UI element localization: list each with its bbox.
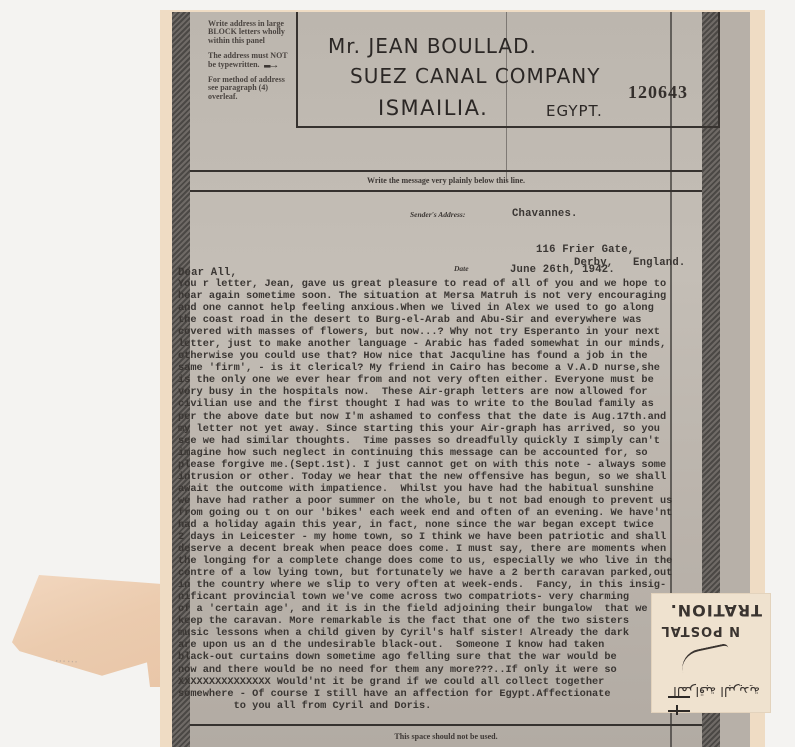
divider bbox=[190, 724, 702, 726]
letter-line: letter, just to make another language - … bbox=[178, 338, 718, 350]
letter-line: the coast road in the desert to Burg-el-… bbox=[178, 314, 718, 326]
letter-line: hear again sometime soon. The situation … bbox=[178, 290, 718, 302]
letter-line: somewhere - Of course I still have an af… bbox=[178, 688, 718, 700]
letter-date: June 26th, 1942. bbox=[510, 264, 615, 276]
address-panel: Mr. JEAN BOULLAD. SUEZ CANAL COMPANY ISM… bbox=[296, 12, 720, 128]
letter-line: of a 'certain age', and it is in the fie… bbox=[178, 603, 718, 615]
letter-line: is the only one we ever hear from and no… bbox=[178, 374, 718, 386]
date-label: Date bbox=[454, 264, 469, 273]
divider bbox=[190, 190, 702, 192]
letter-line: deserve a decent break when peace does c… bbox=[178, 543, 718, 555]
address-country: EGYPT. bbox=[546, 102, 603, 120]
arrow-right-icon: ▬→ bbox=[264, 60, 277, 72]
scrap-faded-text: …… bbox=[55, 651, 80, 665]
sender-address-label: Sender's Address: bbox=[410, 210, 465, 219]
letter-line: covered with masses of flowers, but now.… bbox=[178, 326, 718, 338]
letter-line: from going ou t on our 'bikes' each week… bbox=[178, 507, 718, 519]
instruction-block-letters: Write address in large BLOCK letters who… bbox=[208, 20, 288, 45]
letter-line: please forgive me.(Sept.1st). I just can… bbox=[178, 459, 718, 471]
address-recipient: Mr. JEAN BOULLAD. bbox=[328, 34, 537, 58]
letter-line: in the country where we slip to very oft… bbox=[178, 579, 718, 591]
censor-stamp: TRATION. N POSTAL المراقبة البريدية bbox=[652, 594, 770, 712]
letter-line: centre of a low lying town, but fortunat… bbox=[178, 567, 718, 579]
letter-line: imagine how such neglect in continuing t… bbox=[178, 447, 718, 459]
margin-tick bbox=[668, 710, 690, 712]
letter-line: 2 days in Leicester - my home town, so I… bbox=[178, 531, 718, 543]
divider bbox=[190, 170, 702, 172]
signature-mark bbox=[678, 643, 731, 673]
letter-line: had a holiday again this year, in fact, … bbox=[178, 519, 718, 531]
sender-address-line: Chavannes. bbox=[512, 208, 578, 220]
letter-line: nificant provincial town we've come acro… bbox=[178, 591, 718, 603]
letter-line: await the outcome with impatience. Whils… bbox=[178, 483, 718, 495]
letter-line: very busy in the hospitals now. These Ai… bbox=[178, 386, 718, 398]
letter-line: keep the caravan. More remarkable is the… bbox=[178, 615, 718, 627]
letter-line: intrusion or other. Today we hear that t… bbox=[178, 471, 718, 483]
margin-tick bbox=[668, 696, 690, 698]
footer-label: This space should not be used. bbox=[190, 732, 702, 741]
torn-paper-scrap bbox=[12, 575, 162, 687]
serial-number: 120643 bbox=[628, 82, 688, 103]
address-company: SUEZ CANAL COMPANY bbox=[350, 64, 600, 88]
stamp-text: N POSTAL bbox=[660, 623, 740, 638]
letter-line: same 'firm', - is it clerical? My friend… bbox=[178, 362, 718, 374]
letter-line: my letter not yet away. Since starting t… bbox=[178, 423, 718, 435]
letter-line: see we had similar thoughts. Time passes… bbox=[178, 435, 718, 447]
letter-line: we have had rather a poor summer on the … bbox=[178, 495, 718, 507]
write-below-label: Write the message very plainly below thi… bbox=[190, 176, 702, 185]
letter-line: are upon us an d the undesirable black-o… bbox=[178, 639, 718, 651]
letter-line: otherwise you could use that? How nice t… bbox=[178, 350, 718, 362]
letter-line: per the above date but now I'm ashamed t… bbox=[178, 411, 718, 423]
letter-body: You r letter, Jean, gave us great pleasu… bbox=[178, 278, 718, 712]
letter-line: and one cannot help feeling anxious.When… bbox=[178, 302, 718, 314]
letter-line: music lessons when a child given by Cyri… bbox=[178, 627, 718, 639]
letter-line: civilian use and the first thought I had… bbox=[178, 398, 718, 410]
letter-line: now and there would be no need for them … bbox=[178, 664, 718, 676]
sender-address-line: 116 Frier Gate, bbox=[536, 244, 634, 256]
address-city: ISMAILIA. bbox=[378, 96, 488, 120]
letter-line: to you all from Cyril and Doris. bbox=[178, 700, 718, 712]
letter-line: the longing for a complete change does c… bbox=[178, 555, 718, 567]
letter-line: black-out curtains down sometime ago fel… bbox=[178, 651, 718, 663]
letter-line: You r letter, Jean, gave us great pleasu… bbox=[178, 278, 718, 290]
instruction-method: For method of address see paragraph (4) … bbox=[208, 76, 288, 101]
stamp-text: TRATION. bbox=[670, 601, 762, 620]
letter-line: XXXXXXXXXXXXXXX Would'nt it be grand if … bbox=[178, 676, 718, 688]
